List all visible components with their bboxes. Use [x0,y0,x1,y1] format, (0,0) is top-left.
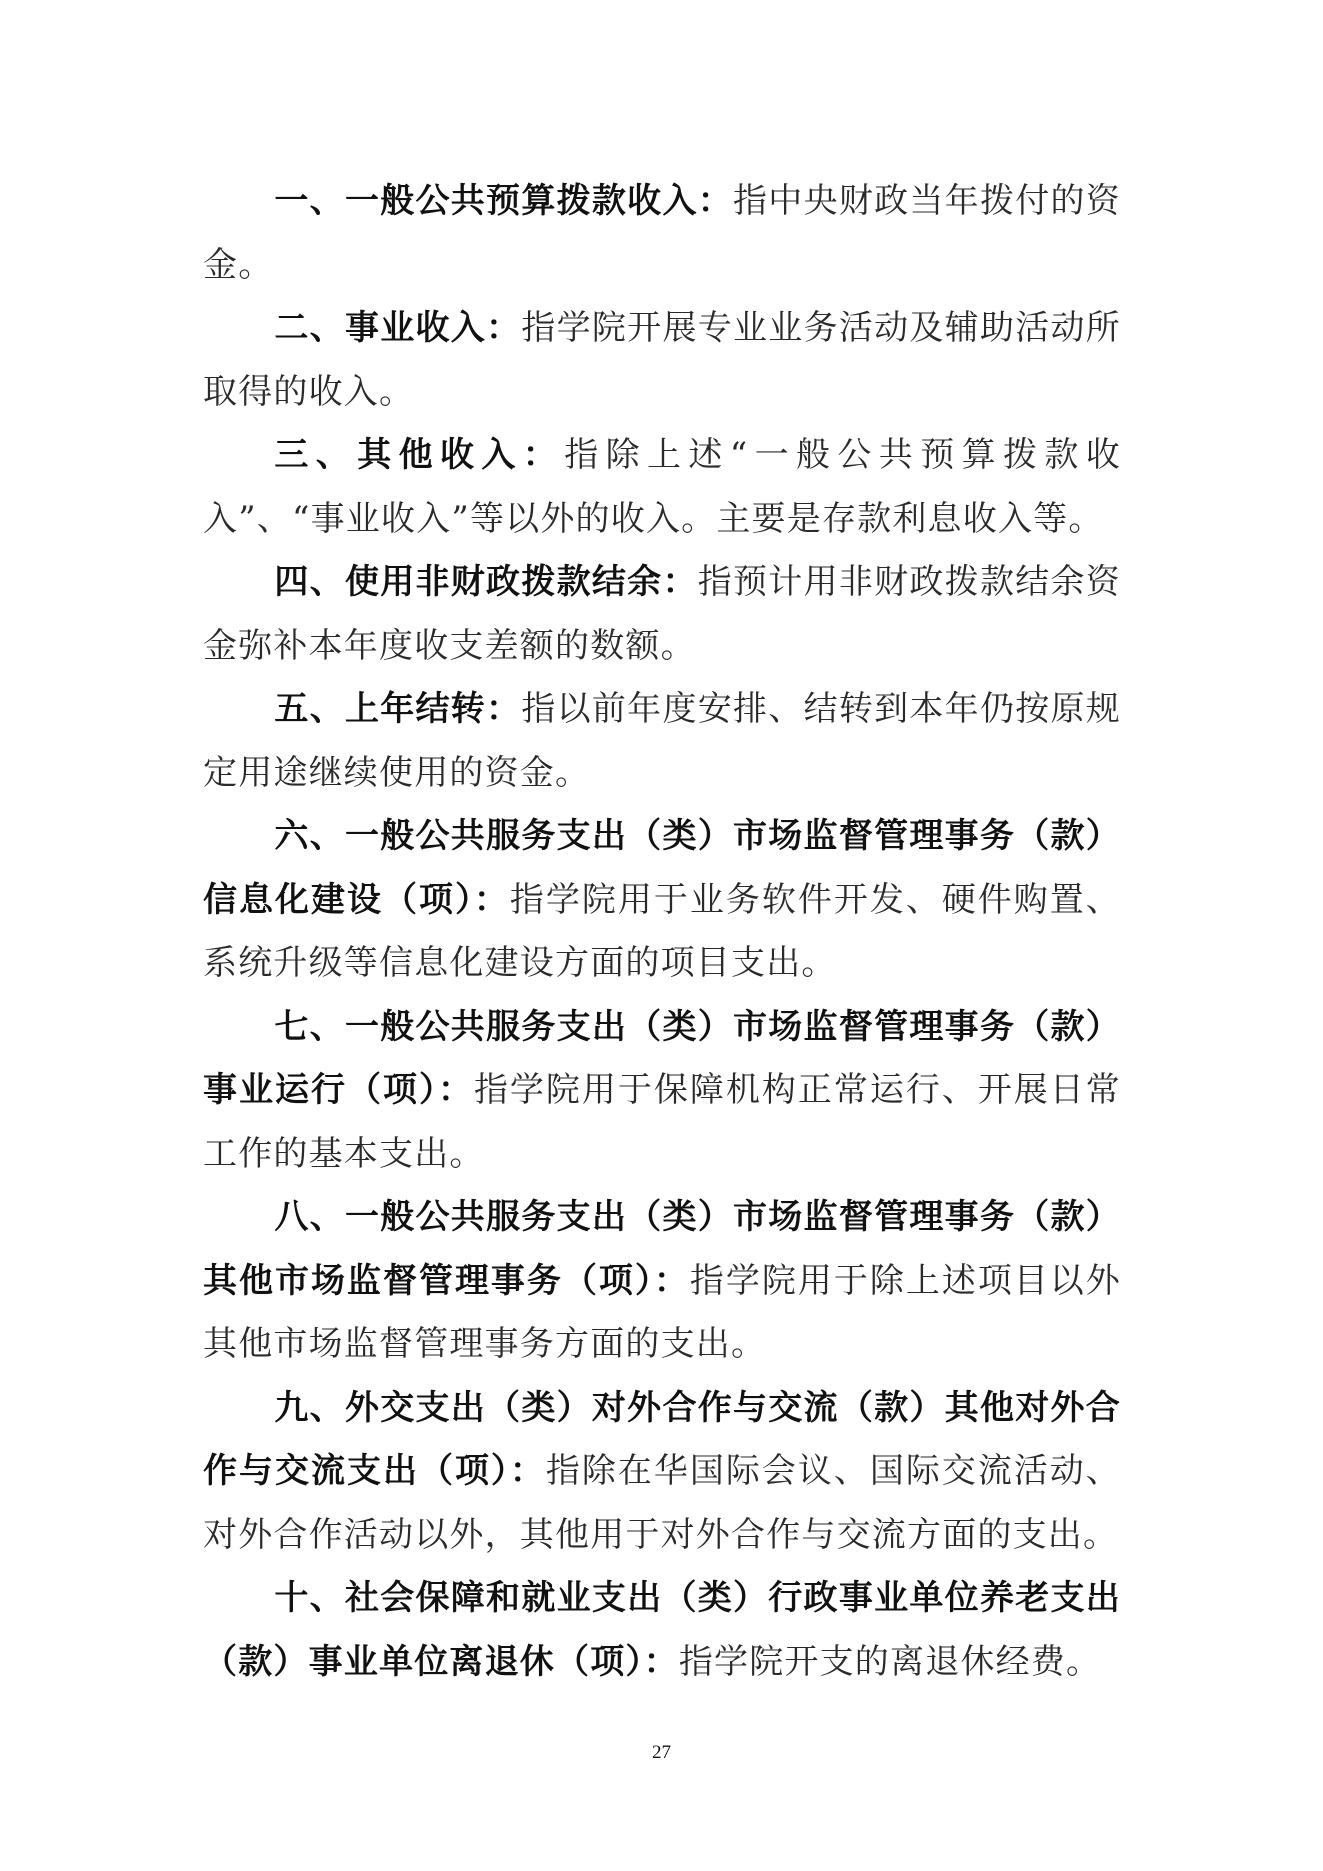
paragraph-retirement: 十、社会保障和就业支出（类）行政事业单位养老支出（款）事业单位离退休（项）：指学… [203,1567,1121,1694]
paragraph-general-budget-income: 一、一般公共预算拨款收入：指中央财政当年拨付的资金。 [203,170,1121,297]
term-label: 二、事业收入： [274,308,521,348]
page-number: 27 [0,1742,1323,1764]
paragraph-prior-year-carryover: 五、上年结转：指以前年度安排、结转到本年仍按原规定用途继续使用的资金。 [203,678,1121,805]
term-label: 五、上年结转： [274,689,521,729]
term-label: 三、其他收入： [274,435,564,475]
term-label: 四、使用非财政拨款结余： [274,562,697,602]
document-body: 一、一般公共预算拨款收入：指中央财政当年拨付的资金。 二、事业收入：指学院开展专… [203,170,1121,1694]
term-description: 指学院开支的离退休经费。 [679,1642,1101,1682]
paragraph-it-construction: 六、一般公共服务支出（类）市场监督管理事务（款）信息化建设（项）：指学院用于业务… [203,805,1121,996]
paragraph-other-market-supervision: 八、一般公共服务支出（类）市场监督管理事务（款）其他市场监督管理事务（项）：指学… [203,1186,1121,1377]
term-label: 一、一般公共预算拨款收入： [274,181,733,221]
paragraph-operations: 七、一般公共服务支出（类）市场监督管理事务（款）事业运行（项）：指学院用于保障机… [203,996,1121,1187]
paragraph-business-income: 二、事业收入：指学院开展专业业务活动及辅助活动所取得的收入。 [203,297,1121,424]
paragraph-non-fiscal-surplus: 四、使用非财政拨款结余：指预计用非财政拨款结余资金弥补本年度收支差额的数额。 [203,551,1121,678]
paragraph-other-income: 三、其他收入：指除上述“一般公共预算拨款收入”、“事业收入”等以外的收入。主要是… [203,424,1121,551]
paragraph-foreign-cooperation: 九、外交支出（类）对外合作与交流（款）其他对外合作与交流支出（项）：指除在华国际… [203,1377,1121,1568]
